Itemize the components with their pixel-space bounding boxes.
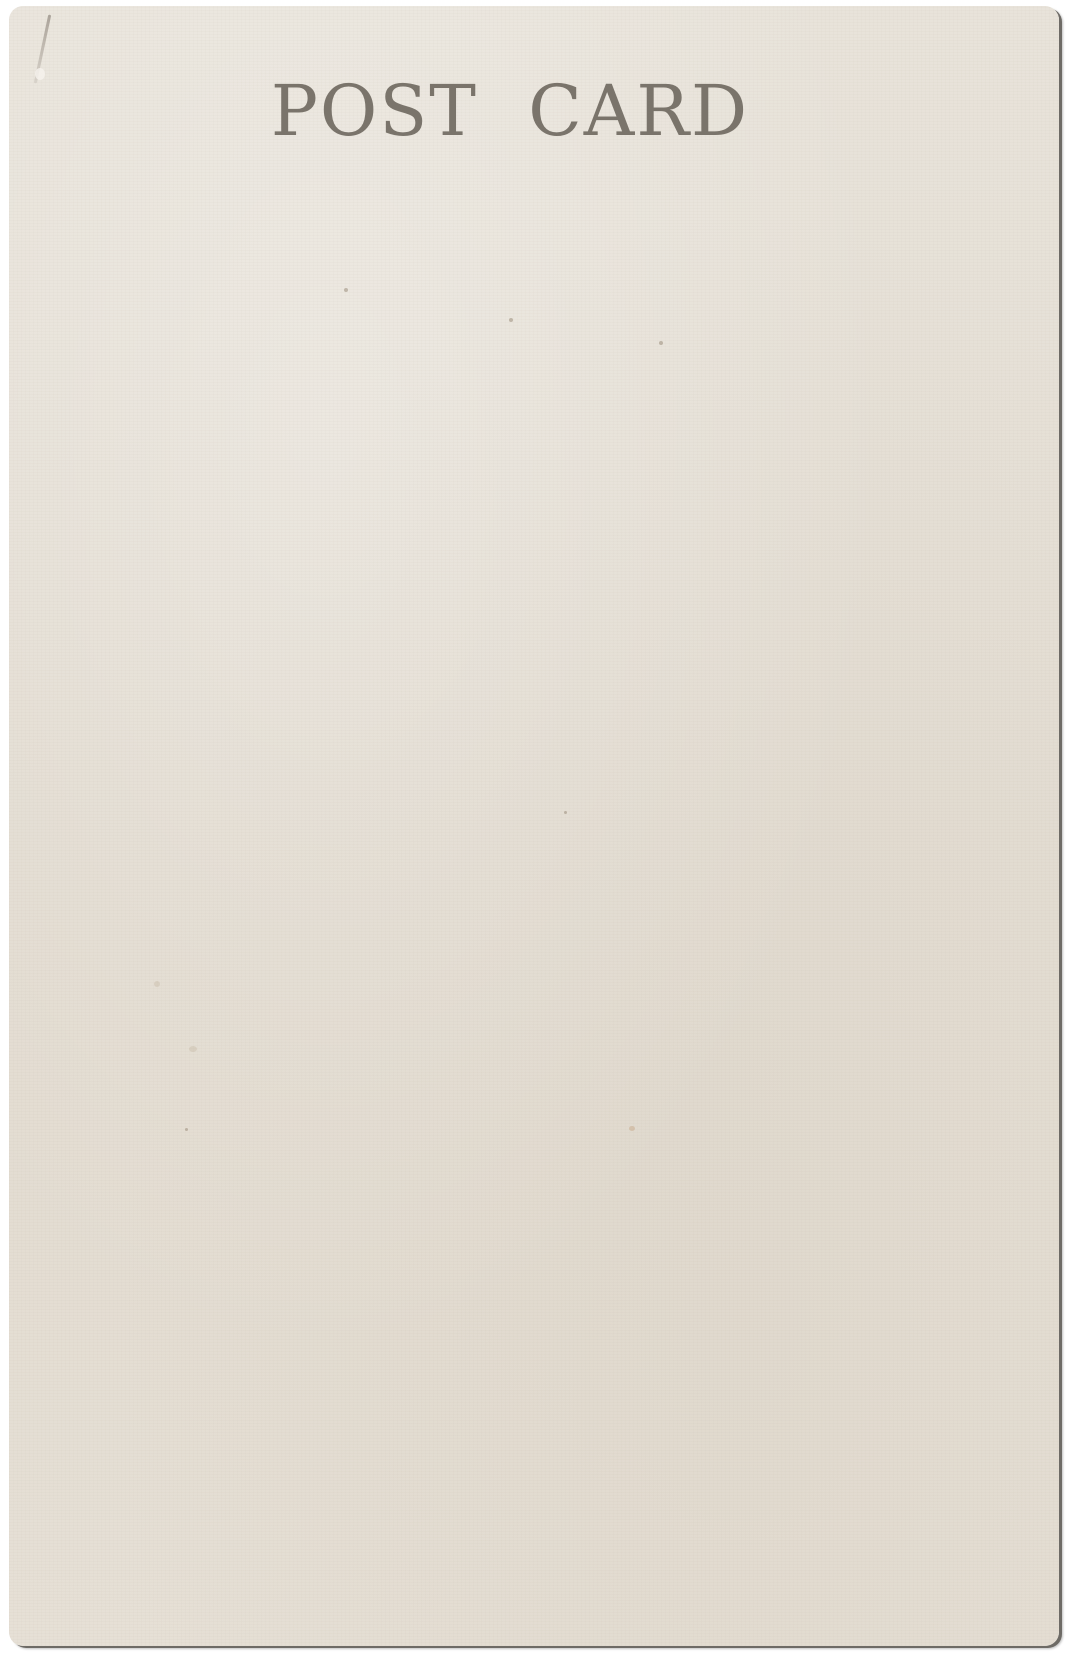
paper-speck (629, 1126, 635, 1131)
paper-speck (154, 981, 160, 987)
paper-speck (564, 811, 567, 814)
postcard-heading: POST CARD (9, 76, 1011, 146)
paper-speck (659, 341, 663, 345)
paper-speck (344, 288, 348, 292)
postcard-back: POST CARD (9, 6, 1059, 1646)
paper-speck (189, 1046, 197, 1052)
paper-speck (509, 318, 513, 322)
paper-speck (185, 1128, 188, 1131)
